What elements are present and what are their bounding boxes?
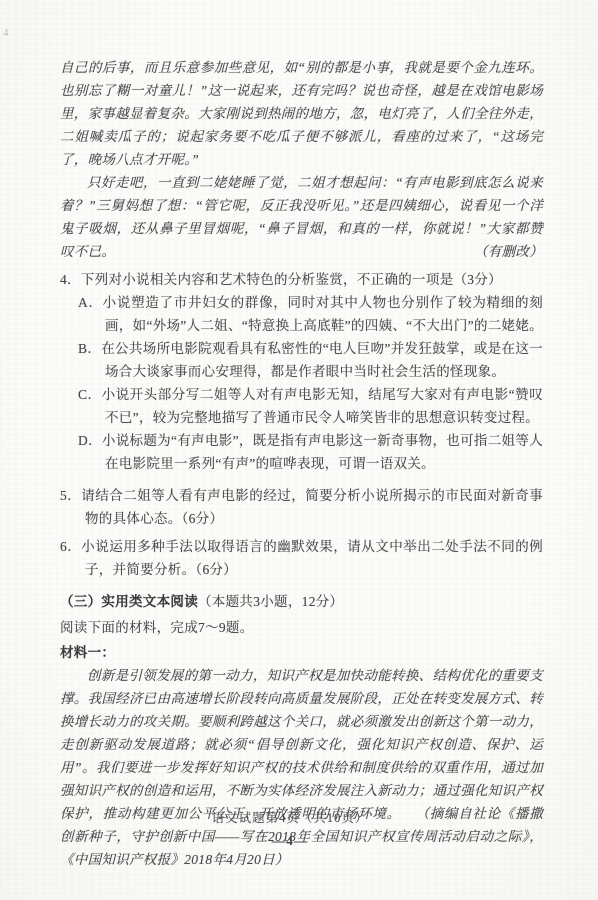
- question-4-option-b: B．在公共场所电影院观看具有私密性的“电人巨吻”并发狂鼓掌，或是在这一场合大谈家…: [78, 337, 543, 383]
- question-4-option-a: A．小说塑造了市井妇女的群像，同时对其中人物也分别作了较为精细的刻画，如“外场”…: [78, 291, 543, 337]
- corner-mark: 4: [3, 27, 9, 39]
- material-1-text: 创新是引领发展的第一动力，知识产权是加快动能转换、结构优化的重要支撑。我国经济已…: [60, 668, 543, 821]
- novel-excerpt-paragraph-1: 自己的后事，而且乐意参加些意见，如“别的都是小事，我就是要个金九连环。也别忘了糊…: [60, 56, 543, 171]
- section-3-title: （三）实用类文本阅读（本题共3小题，12分）: [60, 590, 543, 613]
- novel-excerpt-paragraph-2: 只好走吧，一直到二姥姥睡了觉，二姐才想起问：“有声电影到底怎么说来着？”三舅妈想…: [60, 171, 543, 263]
- question-6: 6．小说运用多种手法以取得语言的幽默效果，请从文中举出二处手法不同的例子，并简要…: [60, 535, 543, 581]
- footer-page-number: —4—: [60, 833, 520, 849]
- material-1-label: 材料一：: [60, 641, 543, 664]
- exam-paper-page: 4 自己的后事，而且乐意参加些意见，如“别的都是小事，我就是要个金九连环。也别忘…: [0, 0, 598, 900]
- section-3-title-bold: （三）实用类文本阅读: [60, 594, 198, 609]
- question-4-stem: 4．下列对小说相关内容和艺术特色的分析鉴赏，不正确的一项是（3分）: [60, 268, 543, 291]
- footer-page-info: 语文试题第4页（共10页）: [60, 808, 520, 826]
- section-3-title-rest: （本题共3小题，12分）: [198, 594, 343, 609]
- edit-note: （有删改）: [447, 240, 543, 263]
- page-content: 自己的后事，而且乐意参加些意见，如“别的都是小事，我就是要个金九连环。也别忘了糊…: [60, 56, 543, 871]
- question-5: 5．请结合二姐等人看有声电影的经过，简要分析小说所揭示的市民面对新奇事物的具体心…: [60, 484, 543, 530]
- question-4-options: A．小说塑造了市井妇女的群像，同时对其中人物也分别作了较为精细的刻画，如“外场”…: [78, 291, 543, 475]
- reading-instruction: 阅读下面的材料，完成7～9题。: [60, 616, 543, 639]
- question-4-option-c: C．小说开头部分写二姐等人对有声电影无知，结尾写大家对有声电影“赞叹不已”，较为…: [78, 383, 543, 429]
- question-4-option-d: D．小说标题为“有声电影”，既是指有声电影这一新奇事物，也可指二姐等人在电影院里…: [78, 429, 543, 475]
